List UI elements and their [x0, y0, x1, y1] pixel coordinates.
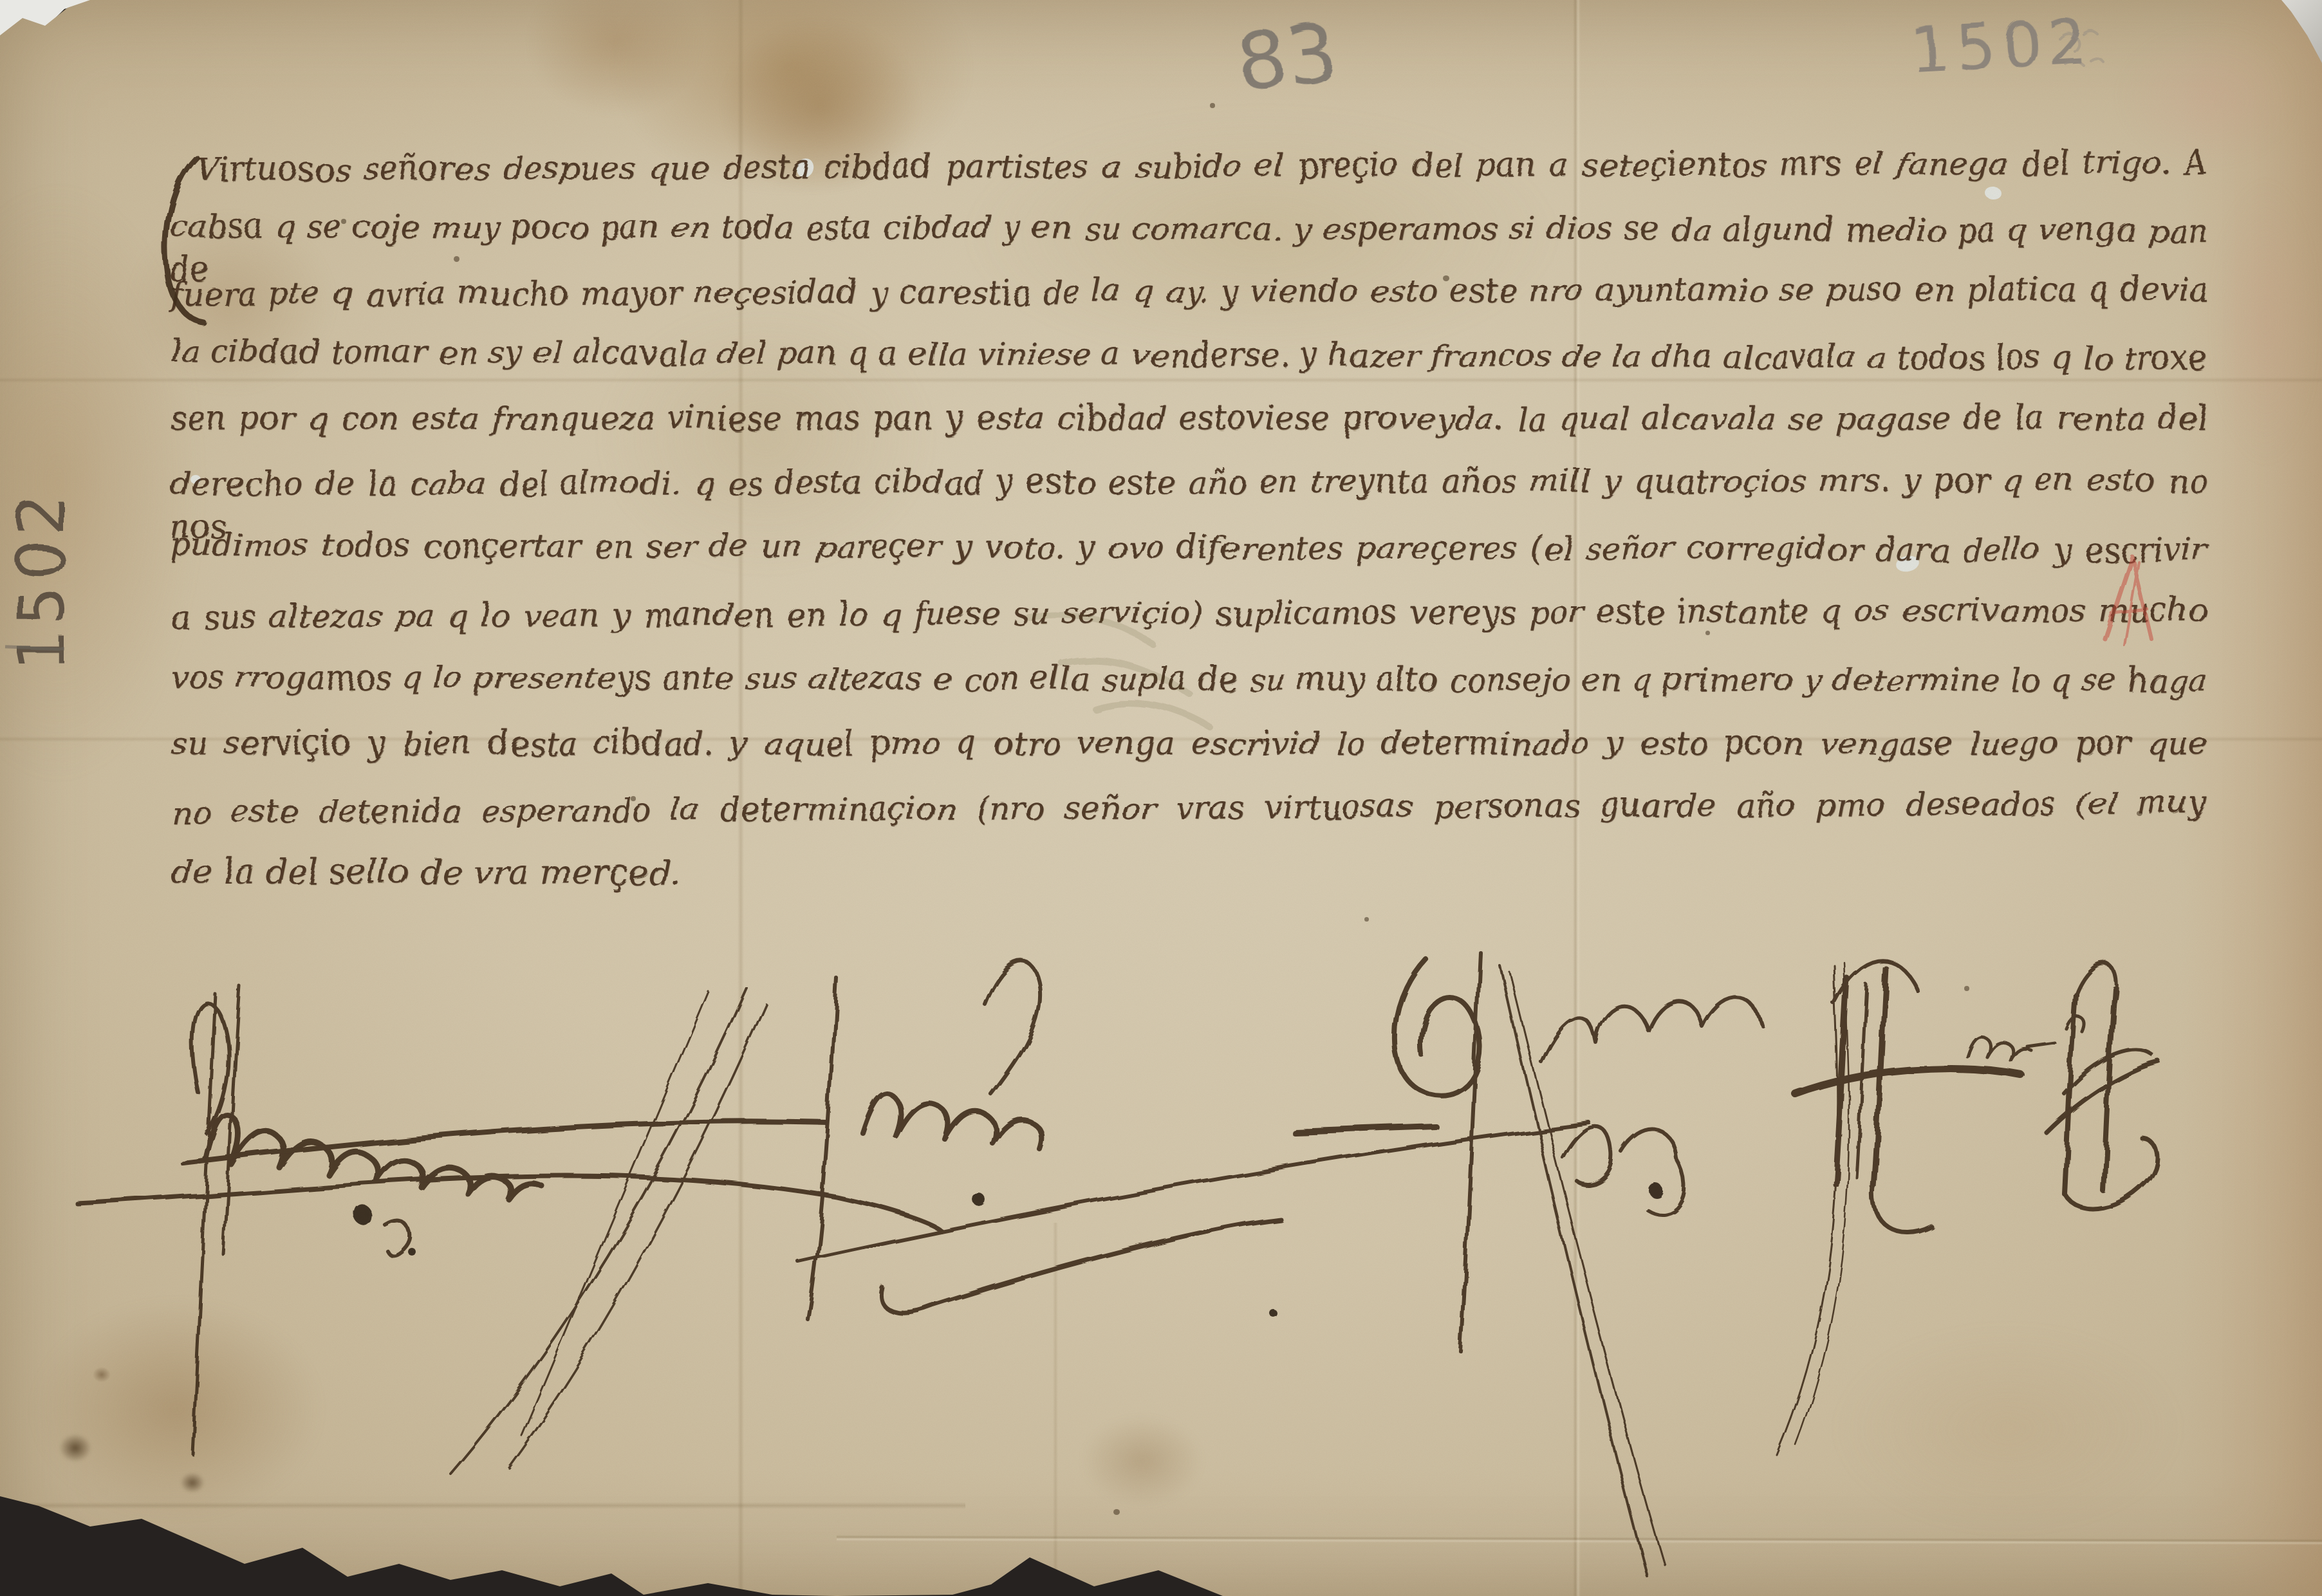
paper-texture [0, 0, 2322, 1596]
manuscript-scan: Virtuosos señores despues que desta cibd… [0, 0, 2322, 1596]
parchment-sheet: Virtuosos señores despues que desta cibd… [0, 0, 2322, 1596]
